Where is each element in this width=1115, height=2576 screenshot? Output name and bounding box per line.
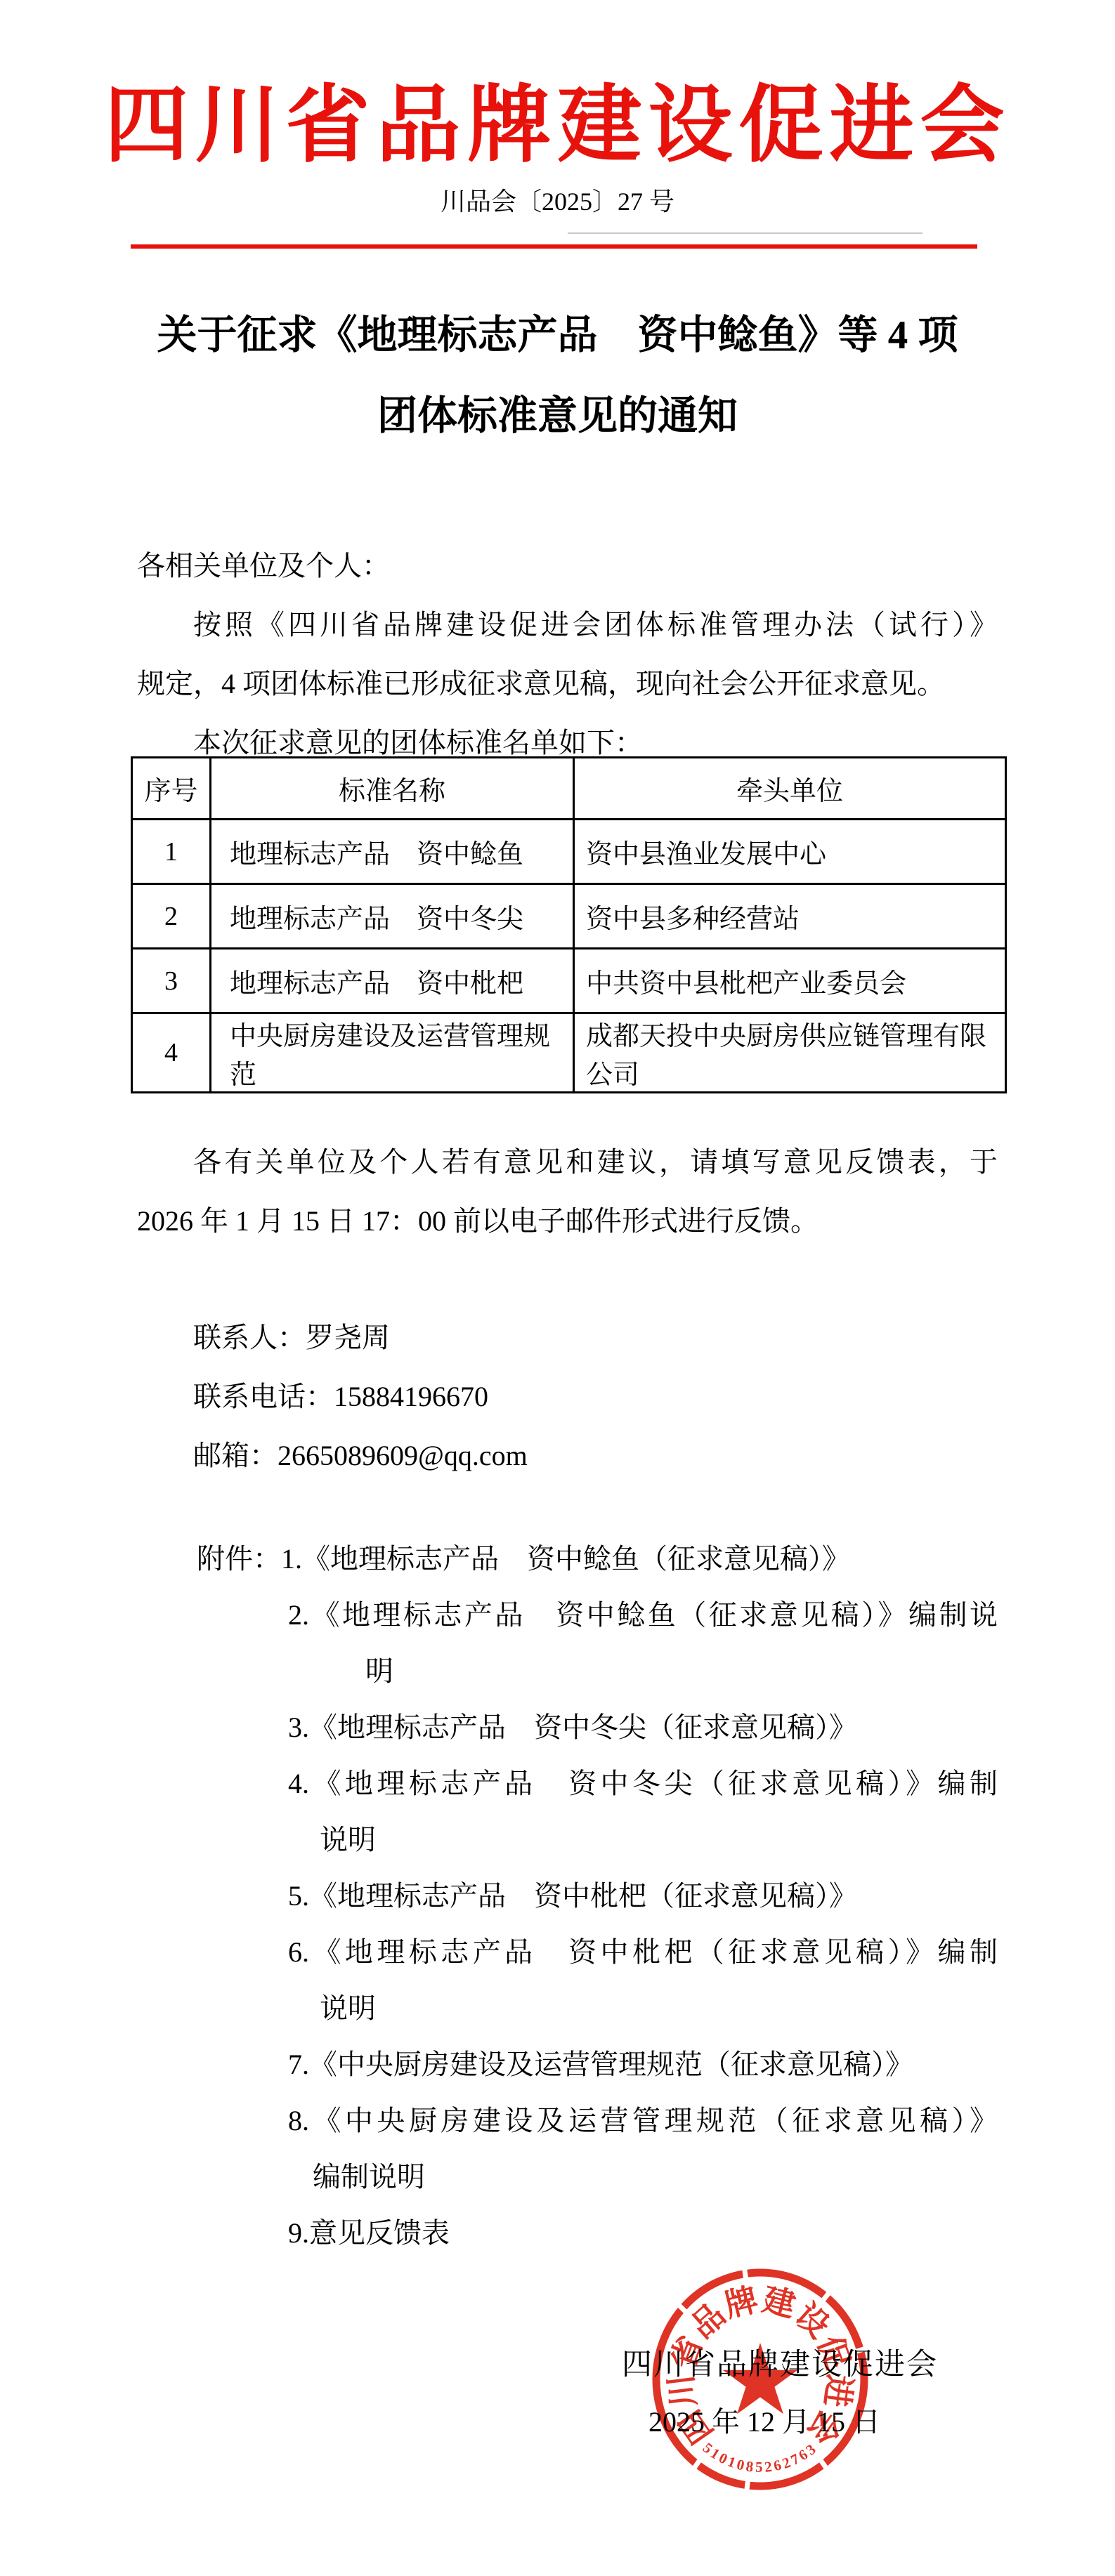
table-cell: 中共资中县枇杷产业委员会: [574, 949, 1006, 1013]
table-cell: 资中县渔业发展中心: [574, 820, 1006, 884]
table-cell: 地理标志产品 资中冬尖: [211, 884, 574, 949]
salutation: 各相关单位及个人：: [137, 537, 998, 596]
table-cell: 地理标志产品 资中鲶鱼: [211, 820, 574, 884]
table-row: 3 地理标志产品 资中枇杷 中共资中县枇杷产业委员会: [132, 949, 1006, 1013]
table-cell: 资中县多种经营站: [574, 884, 1006, 949]
table-row: 2 地理标志产品 资中冬尖 资中县多种经营站: [132, 884, 1006, 949]
attachment-line: 4.《地理标志产品 资中冬尖（征求意见稿）》编制: [288, 1756, 998, 1812]
table-row: 4 中央厨房建设及运营管理规范 成都天投中央厨房供应链管理有限公司: [132, 1013, 1006, 1093]
official-seal: 四 川 省 品 牌 建 设 促 进 会 5101085262763: [627, 2246, 894, 2513]
body-paragraphs: 各相关单位及个人： 按照《四川省品牌建设促进会团体标准管理办法（试行）》 规定，…: [137, 537, 998, 773]
attachment-line: 说明: [320, 1812, 998, 1868]
table-cell: 中央厨房建设及运营管理规范: [211, 1013, 574, 1093]
seal-arc-char: 进: [818, 2372, 857, 2409]
attachment-line: 7.《中央厨房建设及运营管理规范（征求意见稿）》: [288, 2037, 998, 2093]
doc-number: 川品会〔2025〕27 号: [0, 177, 1115, 226]
thin-rule: [568, 232, 922, 234]
table-cell: 1: [132, 820, 211, 884]
attachment-list: 附件：1.《地理标志产品 资中鲶鱼（征求意见稿）》 2.《地理标志产品 资中鲶鱼…: [137, 1531, 998, 2261]
attachment-line: 附件：1.《地理标志产品 资中鲶鱼（征求意见稿）》: [197, 1531, 998, 1587]
document-page: 四川省品牌建设促进会 川品会〔2025〕27 号 关于征求《地理标志产品 资中鲶…: [0, 0, 1115, 2576]
table-cell: 2: [132, 884, 211, 949]
paragraph-line: 规定，4 项团体标准已形成征求意见稿，现向社会公开征求意见。: [137, 655, 998, 714]
seal-star-icon: [723, 2343, 798, 2414]
attachment-line: 2.《地理标志产品 资中鲶鱼（征求意见稿）》编制说: [288, 1587, 998, 1643]
table-cell: 地理标志产品 资中枇杷: [211, 949, 574, 1013]
paragraph-line: 各有关单位及个人若有意见和建议，请填写意见反馈表，于: [137, 1133, 998, 1192]
table-row: 1 地理标志产品 资中鲶鱼 资中县渔业发展中心: [132, 820, 1006, 884]
standards-table: 序号 标准名称 牵头单位 1 地理标志产品 资中鲶鱼 资中县渔业发展中心 2 地…: [131, 756, 1007, 1093]
attachment-line: 5.《地理标志产品 资中枇杷（征求意见稿）》: [288, 1868, 998, 1924]
red-divider: [131, 244, 977, 249]
org-title: 四川省品牌建设促进会: [0, 79, 1115, 173]
table-cell: 成都天投中央厨房供应链管理有限公司: [574, 1013, 1006, 1093]
seal-serial: 5101085262763: [700, 2439, 821, 2476]
table-header-row: 序号 标准名称 牵头单位: [132, 758, 1006, 820]
paragraph-line: 按照《四川省品牌建设促进会团体标准管理办法（试行）》: [137, 596, 998, 655]
attachment-line: 8.《中央厨房建设及运营管理规范（征求意见稿）》: [288, 2093, 998, 2149]
table-cell: 4: [132, 1013, 211, 1093]
table-cell: 3: [132, 949, 211, 1013]
contact-email: 邮箱：2665089609@qq.com: [193, 1426, 1001, 1485]
notice-title: 关于征求《地理标志产品 资中鲶鱼》等 4 项 团体标准意见的通知: [0, 295, 1115, 456]
attachment-line: 6.《地理标志产品 资中枇杷（征求意见稿）》编制: [288, 1924, 998, 1980]
attachment-line: 3.《地理标志产品 资中冬尖（征求意见稿）》: [288, 1700, 998, 1756]
contact-phone: 联系电话：15884196670: [193, 1367, 1001, 1426]
seal-arc-char: 牌: [722, 2282, 762, 2325]
attachment-line: 说明: [320, 1980, 998, 2037]
table-header-cell: 标准名称: [211, 758, 574, 820]
notice-title-line2: 团体标准意见的通知: [0, 376, 1115, 456]
paragraph-line: 2026 年 1 月 15 日 17：00 前以电子邮件形式进行反馈。: [137, 1192, 998, 1251]
feedback-paragraph: 各有关单位及个人若有意见和建议，请填写意见反馈表，于 2026 年 1 月 15…: [137, 1133, 998, 1251]
seal-arc-char: 川: [663, 2372, 702, 2409]
notice-title-line1: 关于征求《地理标志产品 资中鲶鱼》等 4 项: [0, 295, 1115, 376]
attachment-line: 编制说明: [313, 2149, 998, 2205]
table-header-cell: 牵头单位: [574, 758, 1006, 820]
table-header-cell: 序号: [132, 758, 211, 820]
attachment-line: 明: [365, 1643, 998, 1700]
contact-person: 联系人：罗尧周: [193, 1308, 1001, 1367]
contact-info: 联系人：罗尧周 联系电话：15884196670 邮箱：2665089609@q…: [193, 1308, 1001, 1485]
